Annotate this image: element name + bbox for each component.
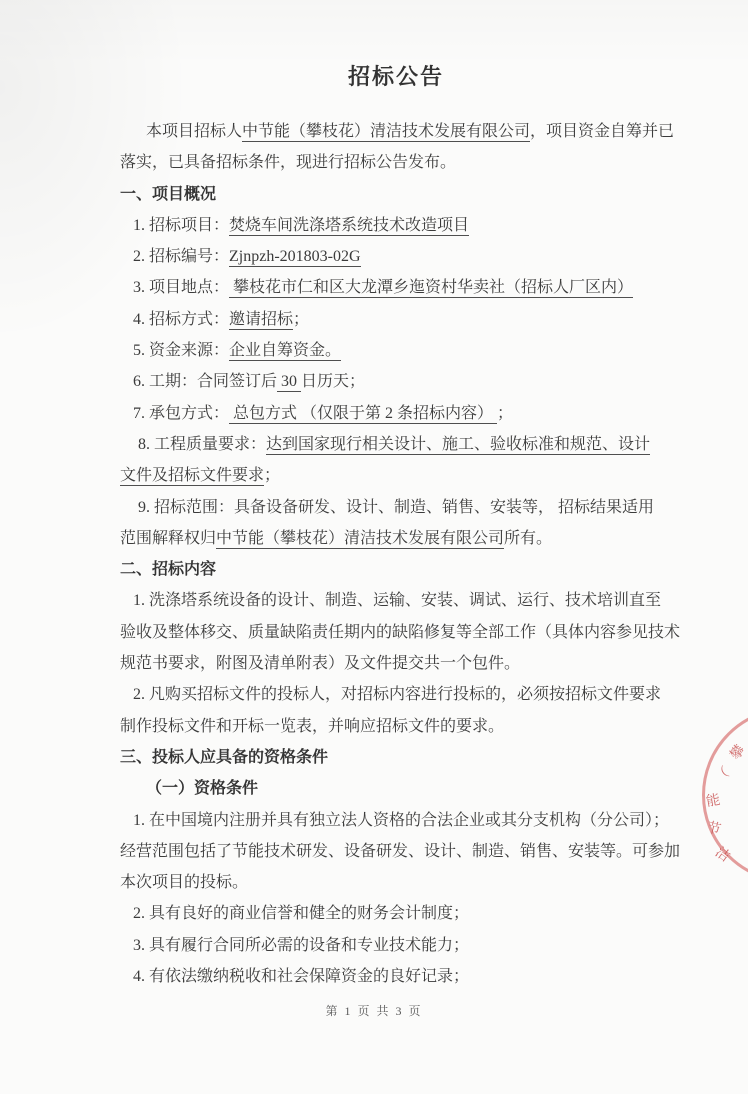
section-heading-line: 二、招标内容 (120, 554, 676, 585)
section-heading-line: 一、项目概况 (120, 179, 676, 210)
text-segment: 制作投标文件和开标一览表，并响应招标文件的要求。 (120, 718, 504, 735)
text-segment: 日历天； (301, 373, 365, 390)
underlined-text: 攀枝花市仁和区大龙潭乡迤资村华卖社（招标人厂区内） (229, 279, 633, 298)
text-segment: 本项目招标人 (146, 123, 242, 140)
underlined-text: 中节能（攀枝花）清洁技术发展有限公司 (242, 123, 530, 142)
text-segment: ； (293, 311, 309, 328)
document-line: 经营范围包括了节能技术研发、设备研发、设计、制造、销售、安装等。可参加 (120, 836, 676, 867)
text-segment: （一）资格条件 (146, 780, 258, 797)
document-line: 2. 招标编号：Zjnpzh-201803-02G (120, 241, 676, 272)
document-line: 4. 有依法缴纳税收和社会保障资金的良好记录； (120, 961, 676, 992)
text-segment: 一、项目概况 (120, 186, 216, 203)
document-line: 规范书要求，附图及清单附表）及文件提交共一个包件。 (120, 648, 676, 679)
document-line: 5. 资金来源：企业自筹资金。 (120, 335, 676, 366)
underlined-text: 文件及招标文件要求 (120, 467, 264, 486)
text-segment: 1. 在中国境内注册并具有独立法人资格的合法企业或其分支机构（分公司）； (133, 812, 669, 829)
text-segment: 5. 资金来源： (133, 342, 229, 359)
text-segment: 7. 承包方式： (133, 405, 229, 422)
document-line: 9. 招标范围：具备设备研发、设计、制造、销售、安装等， 招标结果适用 (120, 492, 676, 523)
document-line: 制作投标文件和开标一览表，并响应招标文件的要求。 (120, 711, 676, 742)
document-line: 3. 具有履行合同所必需的设备和专业技术能力； (120, 930, 676, 961)
text-segment: 所有。 (504, 530, 552, 547)
text-segment: ； (264, 467, 280, 484)
text-segment: 经营范围包括了节能技术研发、设备研发、设计、制造、销售、安装等。可参加 (120, 843, 680, 860)
text-segment: 验收及整体移交、质量缺陷责任期内的缺陷修复等全部工作（具体内容参见技术 (120, 624, 680, 641)
underlined-text: 焚烧车间洗涤塔系统技术改造项目 (229, 217, 469, 236)
text-segment: 二、招标内容 (120, 561, 216, 578)
underlined-text: 邀请招标 (229, 311, 293, 330)
text-segment: 4. 有依法缴纳税收和社会保障资金的良好记录； (133, 968, 469, 985)
scanned-document-page: 招标公告 本项目招标人中节能（攀枝花）清洁技术发展有限公司，项目资金自筹并已落实… (0, 0, 748, 1094)
text-segment: ，项目资金自筹并已 (530, 123, 674, 140)
document-line: 6. 工期：合同签订后 30 日历天； (120, 366, 676, 397)
text-segment: 本次项目的投标。 (120, 874, 248, 891)
underlined-text: 达到国家现行相关设计、施工、验收标准和规范、设计 (266, 436, 650, 455)
underlined-text: 企业自筹资金。 (229, 342, 341, 361)
text-segment: 8. 工程质量要求： (138, 436, 266, 453)
page-number: 第 1 页 共 3 页 (0, 1002, 748, 1019)
document-line: 范围解释权归中节能（攀枝花）清洁技术发展有限公司所有。 (120, 523, 676, 554)
text-segment: 规范书要求，附图及清单附表）及文件提交共一个包件。 (120, 655, 520, 672)
underlined-text: 总包方式 （仅限于第 2 条招标内容） (229, 405, 497, 424)
document-line: 3. 项目地点： 攀枝花市仁和区大龙潭乡迤资村华卖社（招标人厂区内） (120, 272, 676, 303)
document-line: 1. 洗涤塔系统设备的设计、制造、运输、安装、调试、运行、技术培训直至 (120, 585, 676, 616)
text-segment: 3. 具有履行合同所必需的设备和专业技术能力； (133, 937, 469, 954)
document-line: 落实，已具备招标条件，现进行招标公告发布。 (120, 147, 676, 178)
document-body: 本项目招标人中节能（攀枝花）清洁技术发展有限公司，项目资金自筹并已落实，已具备招… (120, 116, 676, 992)
underlined-text: 30 (277, 373, 301, 392)
document-line: 2. 凡购买招标文件的投标人，对招标内容进行投标的，必须按招标文件要求 (120, 679, 676, 710)
underlined-text: 中节能（攀枝花）清洁技术发展有限公司 (216, 530, 504, 549)
text-segment: 9. 招标范围：具备设备研发、设计、制造、销售、安装等， 招标结果适用 (138, 499, 654, 516)
document-line: 1. 在中国境内注册并具有独立法人资格的合法企业或其分支机构（分公司）； (120, 805, 676, 836)
text-segment: 2. 招标编号： (133, 248, 229, 265)
document-line: 1. 招标项目：焚烧车间洗涤塔系统技术改造项目 (120, 210, 676, 241)
document-line: 7. 承包方式： 总包方式 （仅限于第 2 条招标内容） ； (120, 398, 676, 429)
text-segment: 4. 招标方式： (133, 311, 229, 328)
text-segment: 3. 项目地点： (133, 279, 229, 296)
section-heading-line: （一）资格条件 (120, 773, 676, 804)
underlined-text: Zjnpzh-201803-02G (229, 248, 361, 267)
text-segment: 范围解释权归 (120, 530, 216, 547)
text-segment: 6. 工期：合同签订后 (133, 373, 277, 390)
document-line: 本次项目的投标。 (120, 867, 676, 898)
document-line: 4. 招标方式：邀请招标； (120, 304, 676, 335)
text-segment: 2. 凡购买招标文件的投标人，对招标内容进行投标的，必须按招标文件要求 (133, 686, 661, 703)
text-segment: 落实，已具备招标条件，现进行招标公告发布。 (120, 154, 456, 171)
text-segment: 2. 具有良好的商业信誉和健全的财务会计制度； (133, 905, 469, 922)
text-segment: 三、投标人应具备的资格条件 (120, 749, 328, 766)
document-line: 本项目招标人中节能（攀枝花）清洁技术发展有限公司，项目资金自筹并已 (120, 116, 676, 147)
document-title: 招标公告 (120, 60, 672, 91)
document-line: 文件及招标文件要求； (120, 460, 676, 491)
document-line: 验收及整体移交、质量缺陷责任期内的缺陷修复等全部工作（具体内容参见技术 (120, 617, 676, 648)
text-segment: ； (497, 405, 513, 422)
document-line: 8. 工程质量要求：达到国家现行相关设计、施工、验收标准和规范、设计 (120, 429, 676, 460)
text-segment: 1. 洗涤塔系统设备的设计、制造、运输、安装、调试、运行、技术培训直至 (133, 592, 661, 609)
text-segment: 1. 招标项目： (133, 217, 229, 234)
section-heading-line: 三、投标人应具备的资格条件 (120, 742, 676, 773)
document-line: 2. 具有良好的商业信誉和健全的财务会计制度； (120, 898, 676, 929)
